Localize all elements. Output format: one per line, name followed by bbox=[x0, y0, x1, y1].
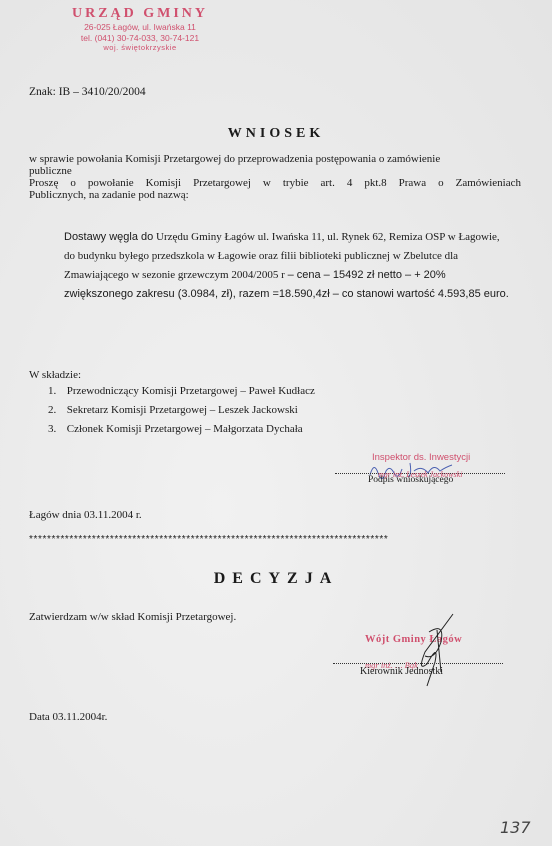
subject-line-cont: publiczne bbox=[29, 165, 521, 177]
committee-label: W składzie: bbox=[29, 369, 81, 381]
page-number: 137 bbox=[500, 818, 531, 837]
office-stamp: URZĄD GMINY 26-025 Łagów, ul. Iwańska 11… bbox=[0, 6, 280, 53]
committee-member: 2. Sekretarz Komisji Przetargowej – Lesz… bbox=[48, 401, 315, 420]
subject-line: w sprawie powołania Komisji Przetargowej… bbox=[29, 153, 521, 165]
task-lead: Dostawy węgla do bbox=[64, 231, 153, 243]
decision-text: Zatwierdzam w/w skład Komisji Przetargow… bbox=[29, 611, 236, 623]
body-line-cont: Publicznych, na zadanie pod nazwą: bbox=[29, 189, 521, 201]
office-phone: tel. (041) 30-74-033, 30-74-121 bbox=[0, 33, 280, 44]
separator: ****************************************… bbox=[29, 534, 388, 545]
request-title: WNIOSEK bbox=[0, 126, 552, 142]
applicant-signature-label: Podpis wnioskującego bbox=[368, 475, 453, 485]
decision-title: DECYZJA bbox=[0, 570, 552, 588]
unit-head-label: Kierownik Jednostki bbox=[360, 666, 443, 677]
decision-date: Data 03.11.2004r. bbox=[29, 711, 107, 723]
mayor-signature bbox=[405, 612, 455, 692]
committee-list: 1. Przewodniczący Komisji Przetargowej –… bbox=[48, 382, 315, 439]
reference-number: Znak: IB – 3410/20/2004 bbox=[29, 86, 146, 98]
office-address: 26-025 Łagów, ul. Iwańska 11 bbox=[0, 22, 280, 33]
request-intro: w sprawie powołania Komisji Przetargowej… bbox=[29, 153, 521, 201]
body-line: Proszę o powołanie Komisji Przetargowej … bbox=[29, 177, 521, 189]
committee-member: 3. Członek Komisji Przetargowej – Małgor… bbox=[48, 420, 315, 439]
office-region: woj. świętokrzyskie bbox=[0, 43, 280, 53]
place-date: Łagów dnia 03.11.2004 r. bbox=[29, 509, 142, 521]
committee-member: 1. Przewodniczący Komisji Przetargowej –… bbox=[48, 382, 315, 401]
signature-line bbox=[333, 663, 503, 664]
office-name: URZĄD GMINY bbox=[0, 6, 280, 22]
task-description: Dostawy węgla do Urzędu Gminy Łagów ul. … bbox=[64, 228, 509, 304]
